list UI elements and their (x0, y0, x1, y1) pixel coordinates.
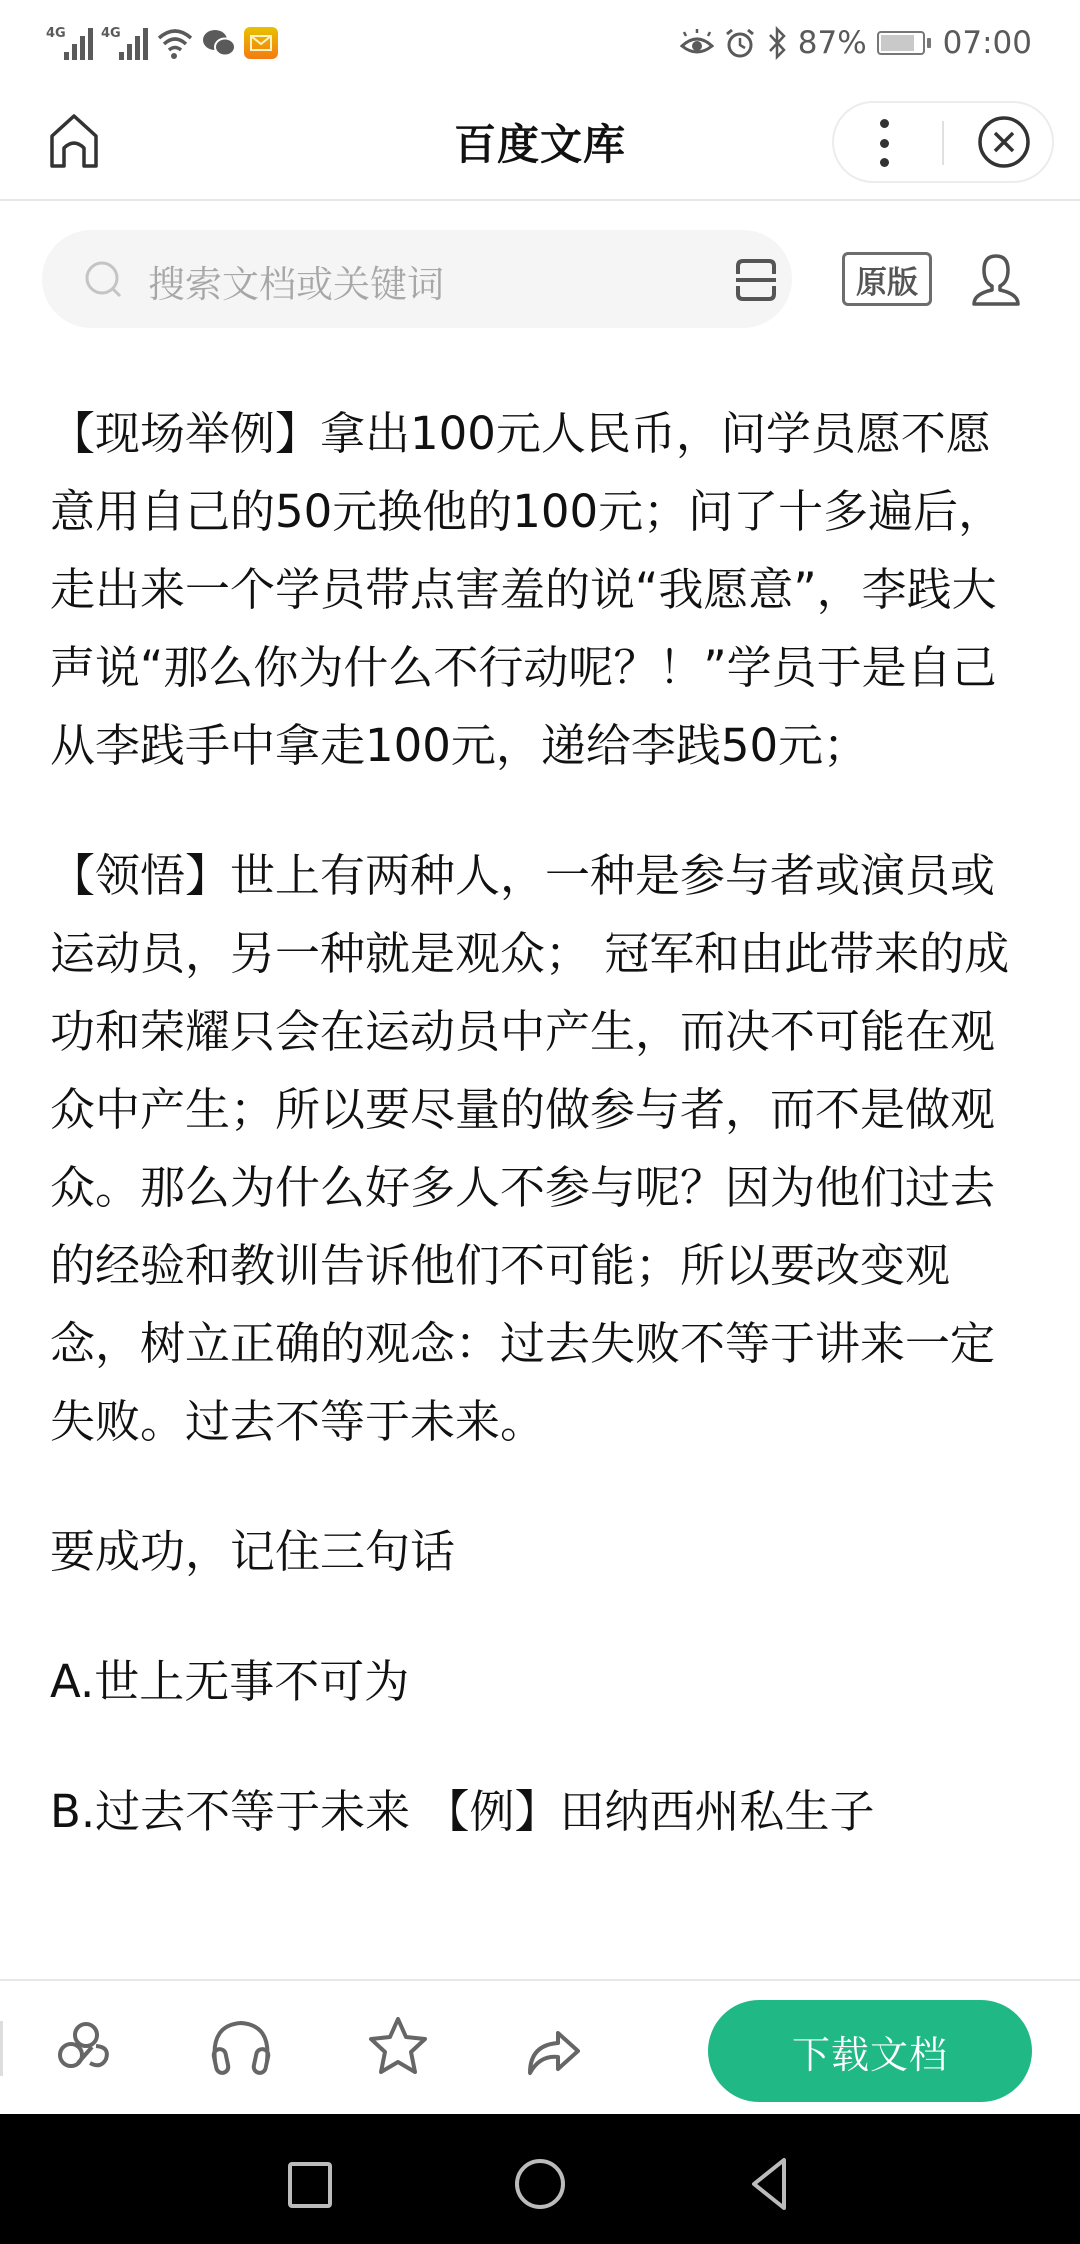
star-icon[interactable] (362, 2011, 434, 2083)
document-content: 【现场举例】拿出100元人民币，问学员愿不愿意用自己的50元换他的100元；问了… (50, 395, 1030, 1975)
recent-apps-icon[interactable] (280, 2154, 340, 2214)
paragraph-insight: 【领悟】世上有两种人，一种是参与者或演员或运动员，另一种就是观众； 冠军和由此带… (50, 837, 1030, 1461)
edge-indicator (0, 2021, 3, 2076)
more-vertical-icon[interactable] (870, 119, 898, 167)
share-icon[interactable] (518, 2011, 590, 2083)
paragraph-three-sentences: 要成功，记住三句话 (50, 1513, 1030, 1591)
alarm-icon (724, 27, 756, 59)
bottom-toolbar: 下载文档 (0, 1979, 1080, 2116)
capsule-menu (832, 101, 1054, 183)
paragraph-example: 【现场举例】拿出100元人民币，问学员愿不愿意用自己的50元换他的100元；问了… (50, 395, 1030, 785)
search-placeholder: 搜索文档或关键词 (148, 254, 444, 308)
download-document-button[interactable]: 下载文档 (708, 2000, 1032, 2102)
search-icon (82, 258, 126, 302)
app-header: 百度文库 (0, 86, 1080, 201)
battery-icon (877, 31, 925, 55)
clock: 07:00 (943, 25, 1032, 61)
battery-percent: 87% (798, 25, 867, 61)
bluetooth-icon (766, 26, 788, 60)
scan-icon[interactable] (732, 256, 780, 304)
eye-comfort-icon (680, 28, 714, 58)
search-input[interactable]: 搜索文档或关键词 (42, 230, 792, 328)
signal-4g-icon: 4G (101, 26, 148, 60)
original-version-button[interactable]: 原版 (842, 252, 932, 306)
network-type-label: 4G (46, 26, 66, 41)
user-icon[interactable] (968, 250, 1024, 310)
wifi-icon (156, 26, 194, 60)
status-bar: 4G 4G (0, 0, 1080, 86)
mail-app-icon (244, 27, 278, 59)
back-triangle-icon[interactable] (740, 2154, 800, 2214)
home-circle-icon[interactable] (510, 2154, 570, 2214)
paragraph-point-b: B.过去不等于未来 【例】田纳西州私生子 (50, 1773, 1030, 1851)
status-left: 4G 4G (46, 18, 278, 68)
capsule-divider (942, 121, 944, 165)
network-type-label: 4G (101, 26, 121, 41)
signal-4g-icon: 4G (46, 26, 93, 60)
system-nav-bar (0, 2114, 1080, 2244)
close-circle-icon[interactable] (977, 115, 1031, 169)
paragraph-point-a: A.世上无事不可为 (50, 1643, 1030, 1721)
status-right: 87% 07:00 (680, 18, 1032, 68)
ai-assistant-icon[interactable] (50, 2011, 122, 2083)
headphones-icon[interactable] (205, 2011, 277, 2083)
wechat-icon (202, 28, 236, 58)
